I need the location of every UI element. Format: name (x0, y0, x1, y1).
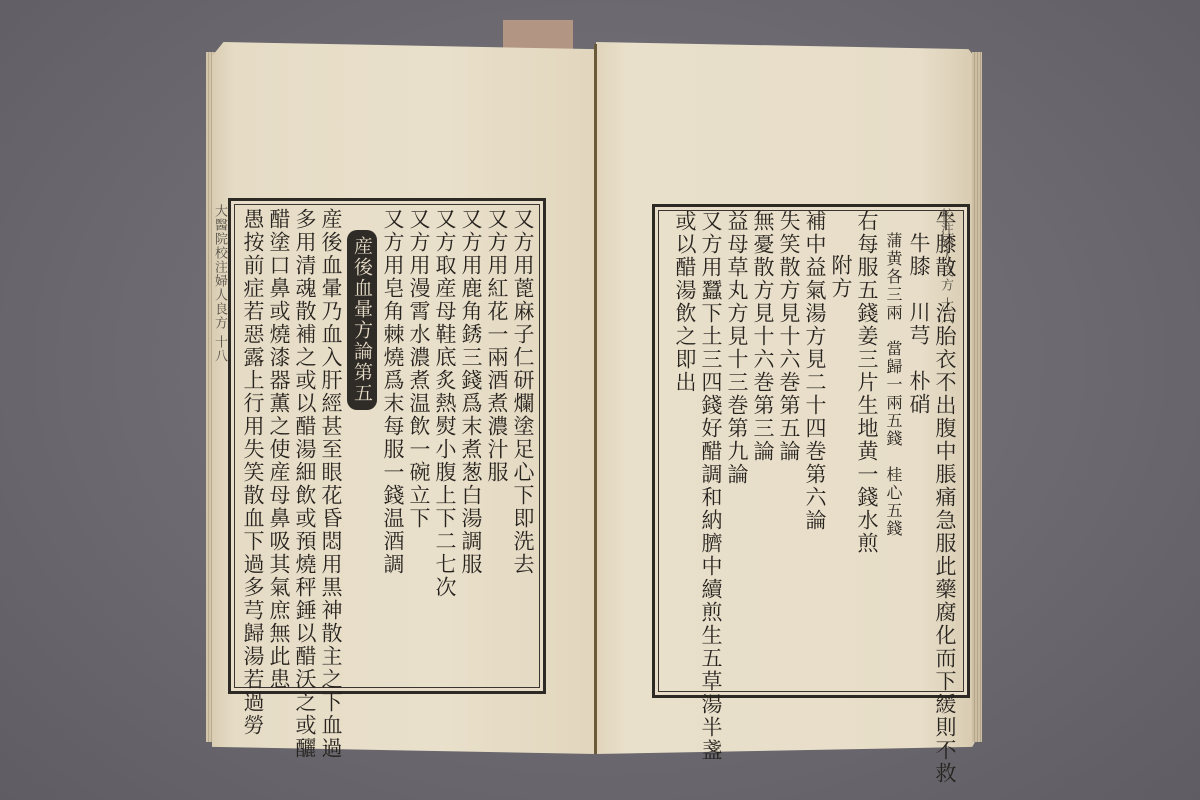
left-margin-chapter: 十八 (212, 335, 227, 363)
text-column: 無憂散方見十六巻第三論 (750, 210, 776, 686)
text-column: 又方用漫霄水濃煮温飲一碗立下 (406, 208, 432, 688)
text-column: 又方用鹿角銹三錢爲末煮葱白湯調服 (458, 208, 484, 688)
text-column: 蒲黄各三兩 當歸一兩五錢 桂心五錢 (880, 210, 906, 686)
section-heading: 産後血暈方論第五 (347, 230, 377, 410)
text-column: 或以醋湯飲之即出 (672, 210, 698, 686)
right-page-edges (972, 52, 982, 742)
left-page-text: 又方用蓖麻子仁研爛塗足心下即洗去 又方用紅花一兩酒煮濃汁服 又方用鹿角銹三錢爲末… (236, 208, 536, 688)
text-column: 又方用蓖麻子仁研爛塗足心下即洗去 (510, 208, 536, 688)
text-column: 又方取産母鞋底炙熱熨小腹上下二七次 (432, 208, 458, 688)
right-page-text: 牛膝散 治胎衣不出腹中脹痛急服此藥腐化而下緩則不救 牛膝 川芎 朴硝 蒲黄各三兩… (658, 210, 958, 686)
section-heading-column: 産後血暈方論第五 (344, 208, 380, 688)
left-margin-title: 大醫院校注婦人良方 十八 (212, 204, 226, 624)
text-column: 右每服五錢姜三片生地黄一錢水煎 (854, 210, 880, 686)
text-column: 醋塗口鼻或燒漆器薫之使産母鼻吸其氣庶無此患 (266, 208, 292, 688)
open-book: 大醫院校注婦人良方 十八 校注婦人良方 十八 又方用蓖麻子仁研爛塗足心下即洗去 … (0, 0, 1200, 800)
text-column: 牛膝 川芎 朴硝 (906, 210, 932, 686)
text-column: 産後血暈乃血入肝經甚至眼花昏悶用黒神散主之下血過 (318, 208, 344, 688)
text-column: 又方用蠶下土三四錢好醋調和納臍中續煎生五草湯半盞 (698, 210, 724, 686)
book-gutter (594, 44, 597, 754)
text-column: 失笑散方見十六巻第五論 (776, 210, 802, 686)
text-column: 又方用紅花一兩酒煮濃汁服 (484, 208, 510, 688)
text-column: 多用清魂散補之或以醋湯細飲或預燒秤錘以醋沃之或釃 (292, 208, 318, 688)
text-column: 牛膝散 治胎衣不出腹中脹痛急服此藥腐化而下緩則不救 (932, 210, 958, 686)
text-column: 補中益氣湯方見二十四巻第六論 (802, 210, 828, 686)
appendix-heading: 附方 (828, 210, 854, 686)
text-column: 愚按前症若惡露上行用失笑散血下過多芎歸湯若過勞 (240, 208, 266, 688)
text-column: 益母草丸方見十三巻第九論 (724, 210, 750, 686)
text-column: 又方用皂角棘燒爲末每服一錢温酒調 (380, 208, 406, 688)
